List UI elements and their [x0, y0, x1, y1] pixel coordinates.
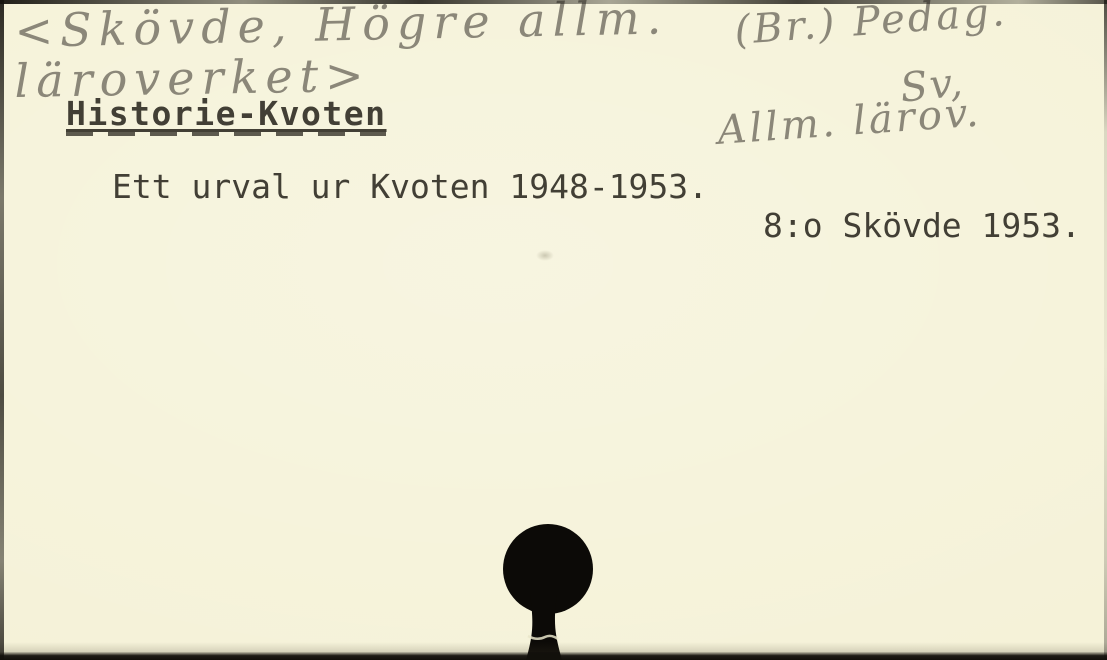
card-title: Historie-Kvoten [66, 94, 387, 133]
card-edge-left [0, 0, 4, 660]
handwritten-annotation-category: Allm. lärov. [716, 90, 983, 154]
punch-hole-icon [470, 505, 630, 660]
catalog-card: <Skövde, Högre allm. (Br.) Pedag. lärove… [0, 0, 1107, 660]
card-edge-top [0, 0, 1107, 4]
card-imprint: 8:o Skövde 1953. [763, 206, 1081, 245]
card-edge-shadow [0, 642, 1107, 652]
card-edge-bottom [0, 652, 1107, 660]
dashed-underline [66, 131, 386, 136]
card-description: Ett urval ur Kvoten 1948-1953. [112, 167, 708, 206]
smudge-mark [536, 250, 554, 261]
handwritten-annotation-classification: (Br.) Pedag. [733, 0, 1009, 54]
